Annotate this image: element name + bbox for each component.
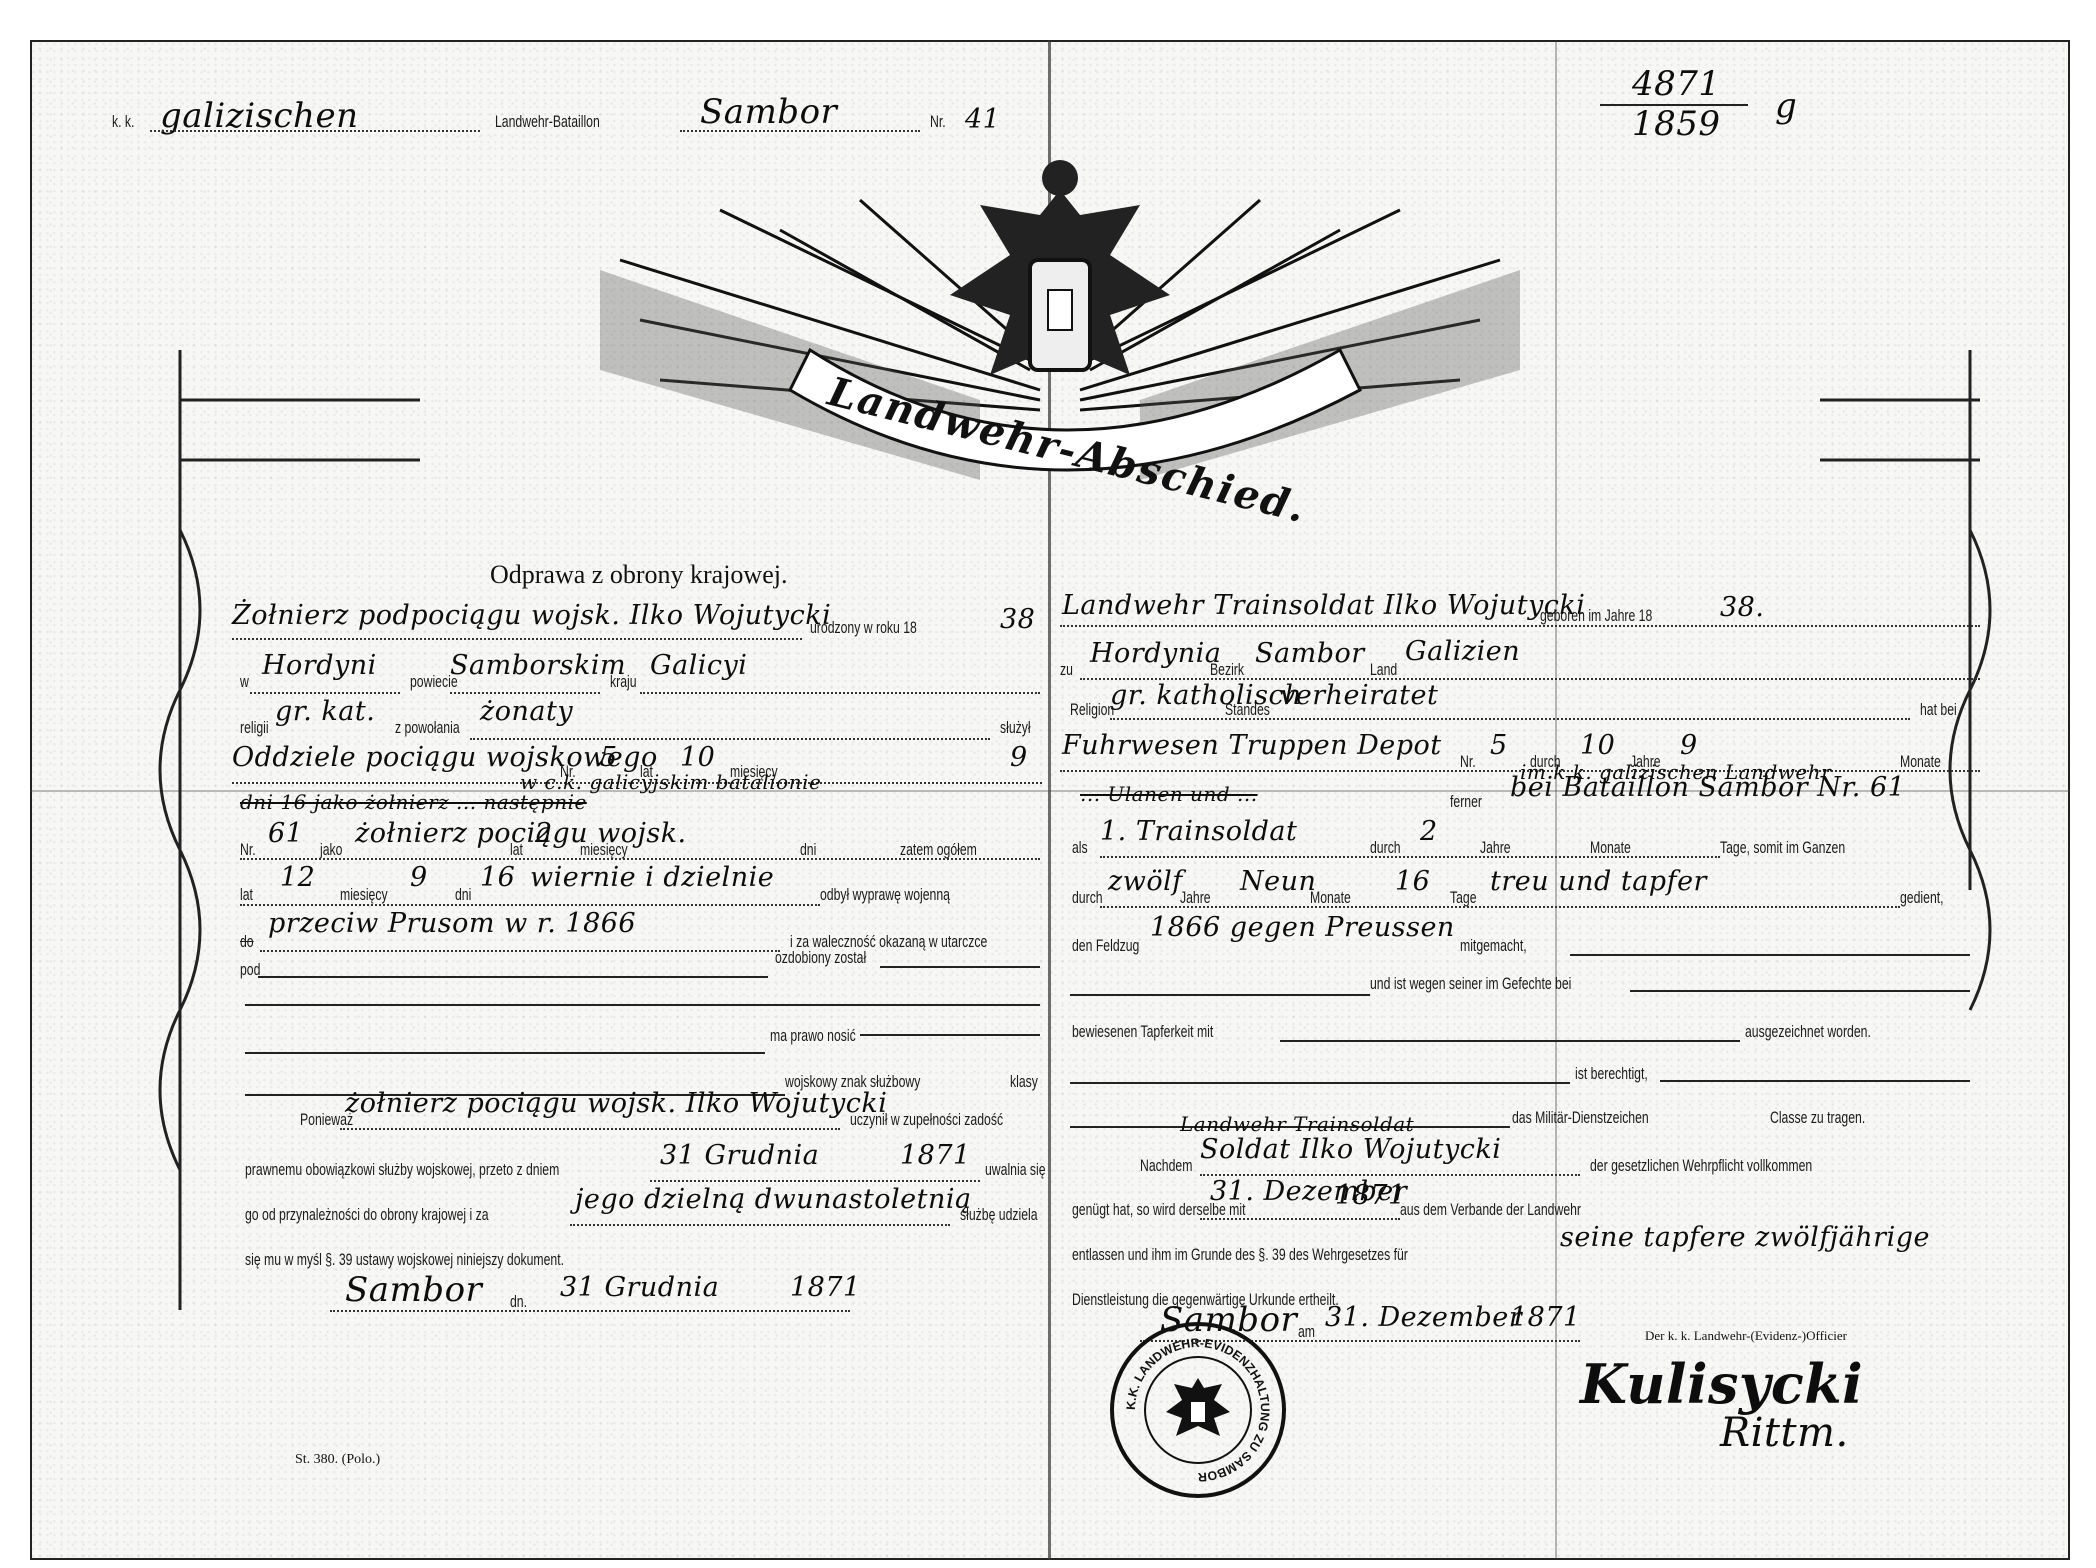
pl-nr2-label: Nr.	[240, 840, 256, 860]
de-law-text: entlassen und ihm im Grunde des §. 39 de…	[1072, 1245, 1408, 1265]
pl-place-date-label: dn.	[510, 1292, 527, 1312]
pl-line	[330, 1310, 850, 1312]
pl-campaign-label: odbył wyprawę wojenną	[820, 885, 950, 905]
pl-as: jako	[320, 840, 342, 860]
pl-years3-label: lat	[240, 885, 253, 905]
pl-country: Galicyi	[650, 650, 747, 681]
pl-days3: 16	[480, 862, 515, 893]
kk-line	[150, 130, 480, 132]
de-sign-date: 31. Dezember	[1325, 1302, 1522, 1333]
pl-sign-year: 1871	[790, 1272, 861, 1303]
pl-rule	[880, 966, 1040, 968]
pl-line	[250, 692, 400, 694]
pl-years2: 2	[535, 818, 553, 849]
pl-religion-label: religii	[240, 718, 269, 738]
de-years2: 2	[1420, 816, 1438, 847]
pl-status: żonaty	[480, 696, 573, 727]
pl-struck: dni 16 jako żołnierz ... następnie	[240, 790, 587, 814]
pl-district: Samborskim	[450, 650, 626, 681]
pl-line	[340, 1128, 840, 1130]
de-status-label: Standes	[1225, 700, 1270, 720]
battalion-value: Sambor	[700, 92, 837, 132]
pl-years: 10	[680, 742, 715, 773]
pl-born-label: urodzony w roku 18	[810, 618, 917, 638]
vine-ornament-right	[1820, 330, 2020, 1130]
pl-releases-label: uwalnia się	[985, 1160, 1046, 1180]
official-seal: K.K. LANDWEHR-EVIDENZHALTUNG ZU SAMBOR	[1110, 1322, 1286, 1498]
de-served-with-label: hat bei	[1920, 700, 1957, 720]
de-religion-label: Religion	[1070, 700, 1114, 720]
de-religion: gr. katholisch	[1110, 680, 1302, 711]
de-association-label: aus dem Verbande der Landwehr	[1400, 1200, 1581, 1220]
pl-release-year: 1871	[900, 1140, 971, 1171]
pl-line	[640, 692, 1040, 694]
de-struck: ... Ulanen und ...	[1080, 782, 1258, 806]
pl-years2-label: lat	[510, 840, 523, 860]
de-unit: Fuhrwesen Truppen Depot	[1062, 730, 1442, 761]
pl-campaign: przeciw Prusom w r. 1866	[268, 908, 636, 939]
de-participated-label: mitgemacht,	[1460, 936, 1527, 956]
de-further-label: ferner	[1450, 792, 1482, 812]
pl-rule	[245, 1004, 1040, 1006]
pl-line	[240, 904, 820, 906]
pl-line	[450, 692, 600, 694]
pl-w: w	[240, 672, 249, 692]
pl-years3: 12	[280, 862, 315, 893]
de-duty-label: der gesetzlichen Wehrpflicht vollkommen	[1590, 1156, 1812, 1176]
de-class-label: Classe zu tragen.	[1770, 1108, 1865, 1128]
de-rule	[1570, 954, 1970, 956]
kk-prefix: k. k.	[112, 112, 134, 132]
nr-label: Nr.	[930, 112, 946, 132]
pl-decorated-label: ozdobiony został	[775, 948, 866, 968]
de-born-year: 38.	[1720, 592, 1764, 623]
pl-class-label: klasy	[1010, 1072, 1038, 1092]
pl-rule	[258, 976, 768, 978]
de-rule	[1660, 1080, 1970, 1082]
reference-top: 4871	[1632, 64, 1721, 104]
de-sign-year: 1871	[1510, 1302, 1581, 1333]
de-line	[1100, 856, 1720, 858]
pl-faithful: wiernie i dzielnie	[530, 862, 774, 893]
pl-duty-text: prawnemu obowiązkowi służby wojskowej, p…	[245, 1160, 559, 1180]
de-name: Landwehr Trainsoldat Ilko Wojutycki	[1062, 590, 1585, 621]
de-discharge-year: 1871	[1335, 1180, 1406, 1211]
de-battle-label: und ist wegen seiner im Gefechte bei	[1370, 974, 1571, 994]
pl-months3-label: miesięcy	[340, 885, 388, 905]
pl-place: Sambor	[345, 1270, 482, 1310]
pl-religion: gr. kat.	[275, 696, 375, 727]
de-rule	[1630, 990, 1970, 992]
de-nr-label: Nr.	[1460, 752, 1476, 772]
pl-since-name: żołnierz pociągu wojsk. Ilko Wojutycki	[345, 1088, 887, 1119]
de-total-label: Tage, somit im Ganzen	[1720, 838, 1845, 858]
de-faithful: treu und tapfer	[1490, 866, 1707, 897]
form-number: St. 380. (Polo.)	[295, 1452, 380, 1468]
de-months3-label: Monate	[1310, 888, 1351, 908]
de-days3-label: Tage	[1450, 888, 1477, 908]
de-rule	[1070, 1082, 1570, 1084]
de-service-badge-label: das Militär-Dienstzeichen	[1512, 1108, 1649, 1128]
de-as: als	[1072, 838, 1088, 858]
nr-value: 41	[965, 104, 1000, 135]
pl-line	[470, 738, 990, 740]
pl-line	[232, 638, 802, 640]
de-nr: 5	[1490, 730, 1508, 761]
de-line	[1100, 906, 1900, 908]
pl-law-text: się mu w myśl §. 39 ustawy wojskowej nin…	[245, 1250, 564, 1270]
de-years3-label: Jahre	[1180, 888, 1211, 908]
de-bravery-label: bewiesenen Tapferkeit mit	[1072, 1022, 1213, 1042]
pl-do: do	[240, 932, 254, 952]
de-through2: durch	[1370, 838, 1401, 858]
de-after-name: Soldat Ilko Wojutycki	[1200, 1134, 1501, 1165]
de-months: 9	[1680, 730, 1698, 761]
de-distinguished-label: ausgezeichnet worden.	[1745, 1022, 1871, 1042]
de-village: Hordynia	[1090, 638, 1221, 669]
de-months3: Neun	[1240, 866, 1316, 897]
double-headed-eagle-icon	[1144, 1356, 1252, 1464]
pl-country-label: kraju	[610, 672, 637, 692]
de-campaign-label: den Feldzug	[1072, 936, 1139, 956]
pl-days2-label: dni	[800, 840, 816, 860]
pl-served-label: służył	[1000, 718, 1031, 738]
de-country: Galizien	[1405, 636, 1520, 667]
pl-membership-text: go od przynależności do obrony krajowej …	[245, 1205, 489, 1225]
officer-label: Der k. k. Landwehr-(Evidenz-)Officier	[1645, 1328, 1847, 1344]
de-after-label: Nachdem	[1140, 1156, 1192, 1176]
de-role: 1. Trainsoldat	[1100, 816, 1297, 847]
de-further-unit: bei Bataillon Sambor Nr. 61	[1510, 772, 1905, 803]
pl-may-wear-label: ma prawo nosić	[770, 1026, 856, 1046]
pl-sign-date: 31 Grudnia	[560, 1272, 719, 1303]
battalion-line	[680, 130, 920, 132]
de-campaign: 1866 gegen Preussen	[1150, 912, 1455, 943]
pl-release-date: 31 Grudnia	[660, 1140, 819, 1171]
pl-line	[260, 950, 780, 952]
polish-title: Odprawa z obrony krajowej.	[490, 560, 787, 590]
de-through3: durch	[1072, 888, 1103, 908]
de-place-date-label: am	[1298, 1322, 1315, 1342]
de-correction2: Landwehr Trainsoldat	[1180, 1112, 1414, 1136]
de-line	[1110, 718, 1910, 720]
de-years2-label: Jahre	[1480, 838, 1511, 858]
pl-line	[650, 1180, 980, 1182]
de-line	[1200, 1218, 1400, 1220]
de-entitled-label: ist berechtigt,	[1575, 1064, 1648, 1084]
reference-bottom: 1859	[1632, 104, 1721, 144]
de-born-label: geboren im Jahre 18	[1540, 606, 1652, 626]
pl-line	[240, 858, 1040, 860]
de-line	[1060, 625, 1980, 627]
pl-months2-label: miesięcy	[580, 840, 628, 860]
pl-rule	[245, 1052, 765, 1054]
pl-line	[570, 1224, 950, 1226]
de-months-label: Monate	[1900, 752, 1941, 772]
battalion-label: Landwehr-Bataillon	[495, 112, 600, 132]
pl-months: 9	[1010, 742, 1028, 773]
de-service-desc: seine tapfere zwölfjährige	[1560, 1222, 1930, 1253]
de-country-label: Land	[1370, 660, 1397, 680]
pl-nr: 5	[600, 742, 618, 773]
de-days3: 16	[1395, 866, 1430, 897]
pl-nr2: 61	[268, 818, 303, 849]
pl-service-desc: jego dzielną dwunastoletnią	[575, 1184, 972, 1215]
pl-fulfilled-label: uczynił w zupełności zadość	[850, 1110, 1003, 1130]
de-status: verheiratet	[1280, 680, 1438, 711]
pl-village: Hordyni	[262, 650, 377, 681]
de-district-label: Bezirk	[1210, 660, 1244, 680]
pl-total-label: zatem ogółem	[900, 840, 977, 860]
pl-days3-label: dni	[455, 885, 471, 905]
de-rule	[1280, 1040, 1740, 1042]
officer-rank: Rittm.	[1720, 1410, 1849, 1456]
pl-grants-label: służbę udziela	[960, 1205, 1038, 1225]
pl-name: Żołnierz podpociągu wojsk. Ilko Wojutyck…	[232, 600, 831, 631]
reference-suffix: g	[1775, 86, 1797, 126]
de-zu: zu	[1060, 660, 1073, 680]
pl-rule	[860, 1034, 1040, 1036]
de-served-label: gedient,	[1900, 888, 1944, 908]
pl-months3: 9	[410, 862, 428, 893]
de-years: 10	[1580, 730, 1615, 761]
de-months2-label: Monate	[1590, 838, 1631, 858]
de-district: Sambor	[1255, 638, 1365, 669]
coat-of-arms-illustration	[560, 150, 1560, 530]
pl-unit: Oddziele pociągu wojskowego	[232, 742, 658, 773]
de-years3: zwölf	[1108, 866, 1183, 897]
pl-born-year: 38	[1000, 604, 1035, 635]
pl-status-label: z powołania	[395, 718, 460, 738]
de-rule	[1070, 994, 1370, 996]
officer-signature: Kulisycki	[1580, 1352, 1863, 1416]
